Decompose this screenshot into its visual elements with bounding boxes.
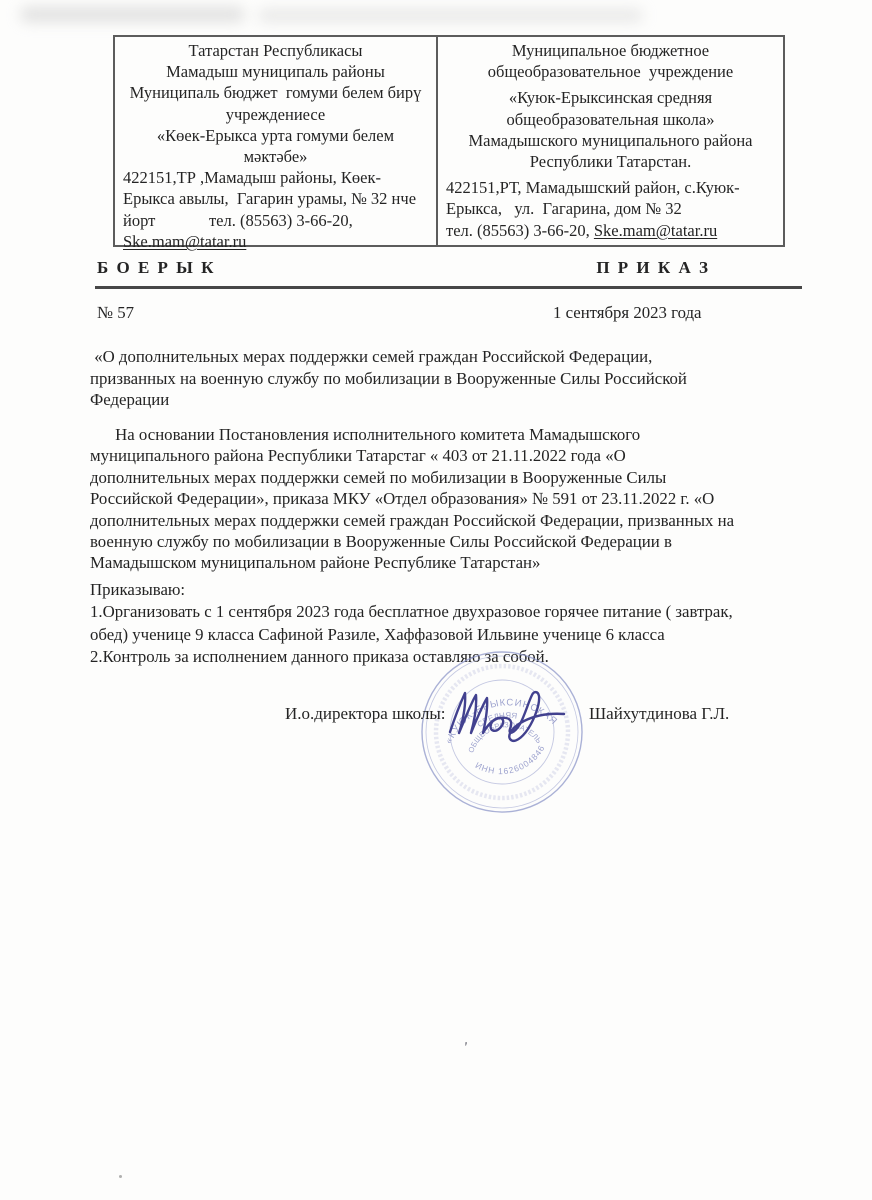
org-email: Ske.mam@tatar.ru <box>594 221 717 240</box>
order-number: № 57 <box>97 303 134 323</box>
body-line: дополнительных мерах поддержки семей гра… <box>90 510 734 531</box>
stray-pen-mark: ' <box>463 1040 468 1057</box>
body-line: Мамадышском муниципальном районе Республ… <box>90 552 734 573</box>
org-name-line: мәктәбе» <box>123 146 428 167</box>
letterhead-tatar-cell: Татарстан Республикасы Мамадыш муниципал… <box>115 37 438 245</box>
org-name-line: учреждениесе <box>123 104 428 125</box>
order-title-tatar: Б О Е Р Ы К <box>97 258 215 278</box>
subject-line: призванных на военную службу по мобилиза… <box>90 368 687 390</box>
org-address-line: йорт тел. (85563) 3-66-20, <box>123 210 428 231</box>
scan-smudge-artifact <box>20 7 245 22</box>
org-name-line: Мамадышского муниципального района <box>446 130 775 151</box>
body-line: муниципального района Республики Татарст… <box>90 445 734 466</box>
org-name-line: общеобразовательная школа» <box>446 109 775 130</box>
horizontal-rule <box>95 286 802 289</box>
subject-line: Федерации <box>90 389 687 411</box>
stray-dot-artifact <box>119 1175 122 1178</box>
order-date: 1 сентября 2023 года <box>553 303 701 323</box>
org-email: Ske.mam@tatar.ru <box>123 232 246 251</box>
order-subject: «О дополнительных мерах поддержки семей … <box>90 346 687 411</box>
order-title-row: Б О Е Р Ы К П Р И К А З <box>97 258 800 278</box>
org-address-line: Ерыкса, ул. Гагарина, дом № 32 <box>446 198 775 219</box>
org-name-line: Муниципаль бюджет гомуми белем бирү <box>123 82 428 103</box>
org-name-line: Республики Татарстан. <box>446 151 775 172</box>
org-address-line: Ерыкса авылы, Гагарин урамы, № 32 нче <box>123 188 428 209</box>
scanned-order-document: Татарстан Республикасы Мамадыш муниципал… <box>0 0 872 1200</box>
letterhead-table: Татарстан Республикасы Мамадыш муниципал… <box>113 35 785 247</box>
order-title-russian: П Р И К А З <box>596 258 710 278</box>
org-name-line: «Куюк-Ерыксинская средняя <box>446 87 775 108</box>
org-name-line: общеобразовательное учреждение <box>446 61 775 82</box>
org-name-line: Мамадыш муниципаль районы <box>123 61 428 82</box>
org-name-line: Муниципальное бюджетное <box>446 40 775 61</box>
order-body: На основании Постановления исполнительно… <box>90 424 734 574</box>
org-address-line: 422151,РТ, Мамадышский район, с.Куюк- <box>446 177 775 198</box>
resolution-lead: Приказываю: <box>90 579 733 601</box>
resolution-item: 1.Организовать с 1 сентября 2023 года бе… <box>90 601 733 623</box>
body-line: На основании Постановления исполнительно… <box>90 424 734 445</box>
body-line: военную службу по мобилизации в Вооружен… <box>90 531 734 552</box>
org-address-line: 422151,ТР ,Мамадыш районы, Көек- <box>123 167 428 188</box>
org-phone: тел. (85563) 3-66-20, <box>446 221 594 240</box>
scan-smudge-artifact <box>258 9 643 22</box>
handwritten-signature <box>446 686 570 750</box>
body-line: Российской Федерации», приказа МКУ «Отде… <box>90 488 734 509</box>
org-name-line: Татарстан Республикасы <box>123 40 428 61</box>
letterhead-russian-cell: Муниципальное бюджетное общеобразователь… <box>438 37 783 245</box>
subject-line: «О дополнительных мерах поддержки семей … <box>90 346 687 368</box>
resolution-item: обед) ученице 9 класса Сафиной Разиле, Х… <box>90 624 733 646</box>
body-line: дополнительных мерах поддержки семей по … <box>90 467 734 488</box>
signer-name: Шайхутдинова Г.Л. <box>589 704 729 724</box>
order-resolution: Приказываю: 1.Организовать с 1 сентября … <box>90 579 733 668</box>
org-name-line: «Көек-Ерыкса урта гомуми белем <box>123 125 428 146</box>
signer-role: И.о.директора школы: <box>285 704 446 724</box>
